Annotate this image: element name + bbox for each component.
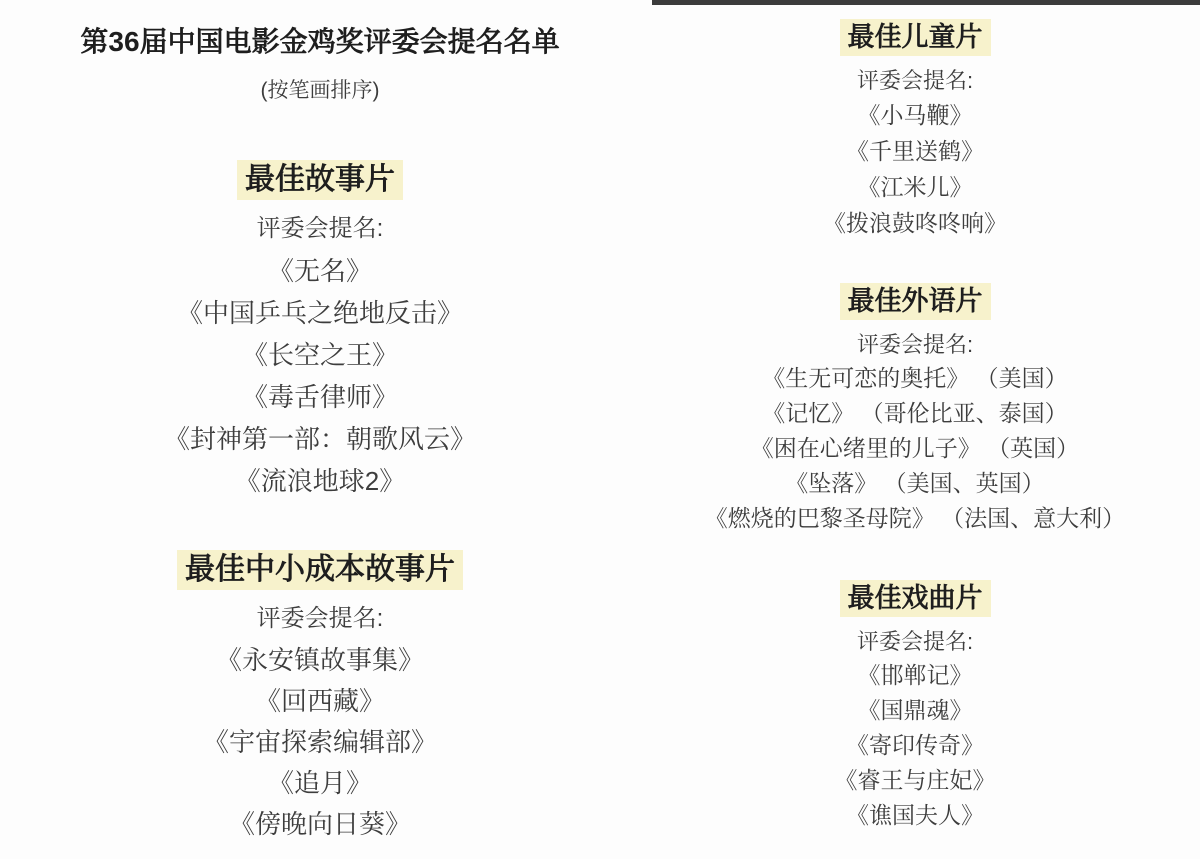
- film-item: 《谯国夫人》: [630, 798, 1200, 833]
- film-item: 《寄印传奇》: [630, 728, 1200, 763]
- jury-nomination-label: 评委会提名:: [630, 628, 1200, 655]
- film-item: 《追月》: [20, 763, 620, 804]
- film-item: 《睿王与庄妃》: [630, 763, 1200, 798]
- film-item: 《小马鞭》: [630, 97, 1200, 133]
- page-title: 第36届中国电影金鸡奖评委会提名名单: [20, 24, 620, 60]
- film-item: 《邯郸记》: [630, 658, 1200, 693]
- section-heading-row: 最佳戏曲片: [630, 580, 1200, 617]
- page-subtitle: (按笔画排序): [20, 78, 620, 104]
- film-item: 《千里送鹤》: [630, 133, 1200, 169]
- film-item: 《永安镇故事集》: [20, 640, 620, 681]
- film-item: 《生无可恋的奥托》 （美国）: [630, 361, 1200, 396]
- section-title: 最佳中小成本故事片: [177, 550, 463, 590]
- film-item: 《回西藏》: [20, 681, 620, 722]
- section-title: 最佳故事片: [237, 160, 403, 200]
- jury-nomination-label: 评委会提名:: [630, 331, 1200, 358]
- film-item: 《中国乒乓之绝地反击》: [20, 292, 620, 334]
- film-item: 《毒舌律师》: [20, 376, 620, 418]
- section-best-children-film: 最佳儿童片 评委会提名: 《小马鞭》 《千里送鹤》 《江米儿》 《拨浪鼓咚咚响》: [630, 19, 1200, 241]
- film-item: 《记忆》 （哥伦比亚、泰国）: [630, 396, 1200, 431]
- column-left: 第36届中国电影金鸡奖评委会提名名单 (按笔画排序) 最佳故事片 评委会提名: …: [20, 0, 620, 845]
- jury-nomination-label: 评委会提名:: [630, 67, 1200, 94]
- section-title: 最佳儿童片: [840, 19, 991, 56]
- film-item: 《坠落》 （美国、英国）: [630, 466, 1200, 501]
- section-best-foreign-film: 最佳外语片 评委会提名: 《生无可恋的奥托》 （美国） 《记忆》 （哥伦比亚、泰…: [630, 283, 1200, 536]
- film-item: 《无名》: [20, 250, 620, 292]
- film-item: 《困在心绪里的儿子》 （英国）: [630, 431, 1200, 466]
- section-best-feature-film: 最佳故事片 评委会提名: 《无名》 《中国乒乓之绝地反击》 《长空之王》 《毒舌…: [20, 160, 620, 502]
- section-heading-row: 最佳儿童片: [630, 19, 1200, 56]
- section-best-opera-film: 最佳戏曲片 评委会提名: 《邯郸记》 《国鼎魂》 《寄印传奇》 《睿王与庄妃》 …: [630, 580, 1200, 833]
- film-list: 《生无可恋的奥托》 （美国） 《记忆》 （哥伦比亚、泰国） 《困在心绪里的儿子》…: [630, 361, 1200, 536]
- nomination-list-page: 第36届中国电影金鸡奖评委会提名名单 (按笔画排序) 最佳故事片 评委会提名: …: [0, 0, 1200, 859]
- film-item: 《宇宙探索编辑部》: [20, 722, 620, 763]
- jury-nomination-label: 评委会提名:: [20, 214, 620, 244]
- film-item: 《江米儿》: [630, 169, 1200, 205]
- film-item: 《国鼎魂》: [630, 693, 1200, 728]
- film-item: 《流浪地球2》: [20, 460, 620, 502]
- film-item: 《拨浪鼓咚咚响》: [630, 205, 1200, 241]
- section-heading-row: 最佳外语片: [630, 283, 1200, 320]
- film-item: 《燃烧的巴黎圣母院》 （法国、意大利）: [630, 501, 1200, 536]
- film-list: 《永安镇故事集》 《回西藏》 《宇宙探索编辑部》 《追月》 《傍晚向日葵》: [20, 640, 620, 845]
- film-item: 《封神第一部：朝歌风云》: [20, 418, 620, 460]
- section-heading-row: 最佳故事片: [20, 160, 620, 200]
- section-title: 最佳外语片: [840, 283, 991, 320]
- film-list: 《小马鞭》 《千里送鹤》 《江米儿》 《拨浪鼓咚咚响》: [630, 97, 1200, 241]
- column-right: 最佳儿童片 评委会提名: 《小马鞭》 《千里送鹤》 《江米儿》 《拨浪鼓咚咚响》…: [630, 0, 1200, 833]
- film-item: 《长空之王》: [20, 334, 620, 376]
- film-item: 《傍晚向日葵》: [20, 804, 620, 845]
- section-best-small-budget-film: 最佳中小成本故事片 评委会提名: 《永安镇故事集》 《回西藏》 《宇宙探索编辑部…: [20, 550, 620, 845]
- film-list: 《邯郸记》 《国鼎魂》 《寄印传奇》 《睿王与庄妃》 《谯国夫人》: [630, 658, 1200, 833]
- section-title: 最佳戏曲片: [840, 580, 991, 617]
- section-heading-row: 最佳中小成本故事片: [20, 550, 620, 590]
- film-list: 《无名》 《中国乒乓之绝地反击》 《长空之王》 《毒舌律师》 《封神第一部：朝歌…: [20, 250, 620, 502]
- jury-nomination-label: 评委会提名:: [20, 604, 620, 634]
